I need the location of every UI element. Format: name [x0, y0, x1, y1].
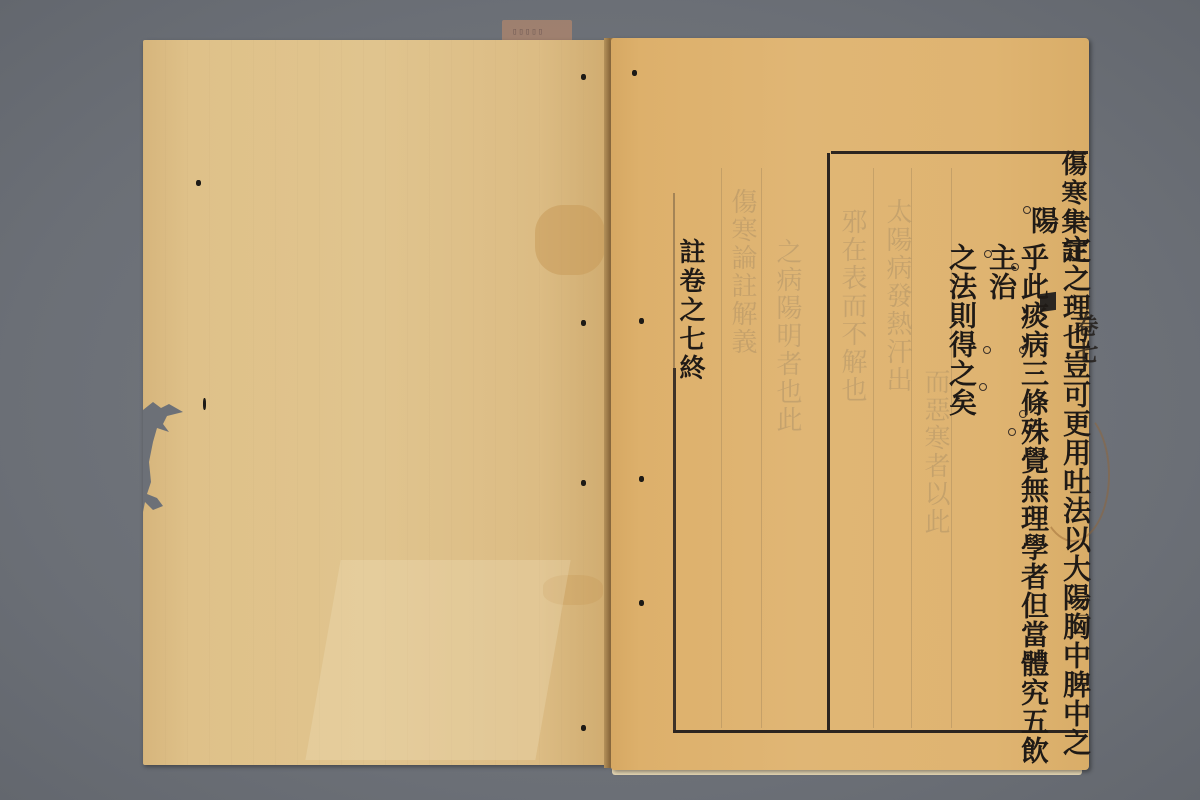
binding-hole: [581, 480, 586, 486]
punctuation-circle: [1019, 410, 1027, 418]
bleed-through-text: 太陽病發熱汗出: [881, 198, 913, 394]
section-mark: 三: [1061, 596, 1092, 618]
left-page-blank: [143, 40, 608, 765]
column-rule: [761, 168, 762, 728]
volume-end-marker: 註卷之七終: [675, 238, 705, 383]
paper-wear: [305, 560, 570, 760]
punctuation-circle: [979, 383, 987, 391]
binding-hole: [639, 476, 644, 482]
text-column-2: 乎此痰病三條殊覺無理學者但當體究五飲主治: [985, 243, 1049, 770]
binding-hole: [639, 600, 644, 606]
bleed-through-text: 邪在表而不解也: [836, 208, 868, 404]
print-frame-top: [831, 151, 1088, 154]
binding-hole: [203, 398, 206, 410]
punctuation-circle: [1019, 346, 1027, 354]
column-rule: [873, 168, 874, 728]
punctuation-circle: [984, 250, 992, 258]
text-column-3: 之法則得之矣: [945, 243, 977, 417]
torn-edge: [143, 402, 183, 512]
bleed-through-text: 傷寒論註解義: [726, 188, 758, 356]
punctuation-circle: [1008, 428, 1016, 436]
fold-center-line: [827, 153, 830, 733]
bleed-through-text: 之病陽明者也此: [771, 238, 803, 434]
print-frame-left: [673, 368, 676, 732]
binding-hole: [581, 320, 586, 326]
column-rule: [721, 168, 722, 728]
binding-hole: [639, 318, 644, 324]
punctuation-circle: [1023, 206, 1031, 214]
punctuation-circle: [1011, 263, 1019, 271]
binding-hole: [581, 74, 586, 80]
paper-stain: [535, 205, 605, 275]
punctuation-circle: [983, 346, 991, 354]
binding-hole: [196, 180, 201, 186]
binding-hole: [581, 725, 586, 731]
right-page-text: 傷寒論註解義 之病陽明者也此 邪在表而不解也 太陽病發熱汗出 而惡寒者以此 傷寒…: [611, 38, 1089, 770]
color-tab-label: ▯▯▯▯▯: [512, 27, 544, 37]
binding-hole: [632, 70, 637, 76]
